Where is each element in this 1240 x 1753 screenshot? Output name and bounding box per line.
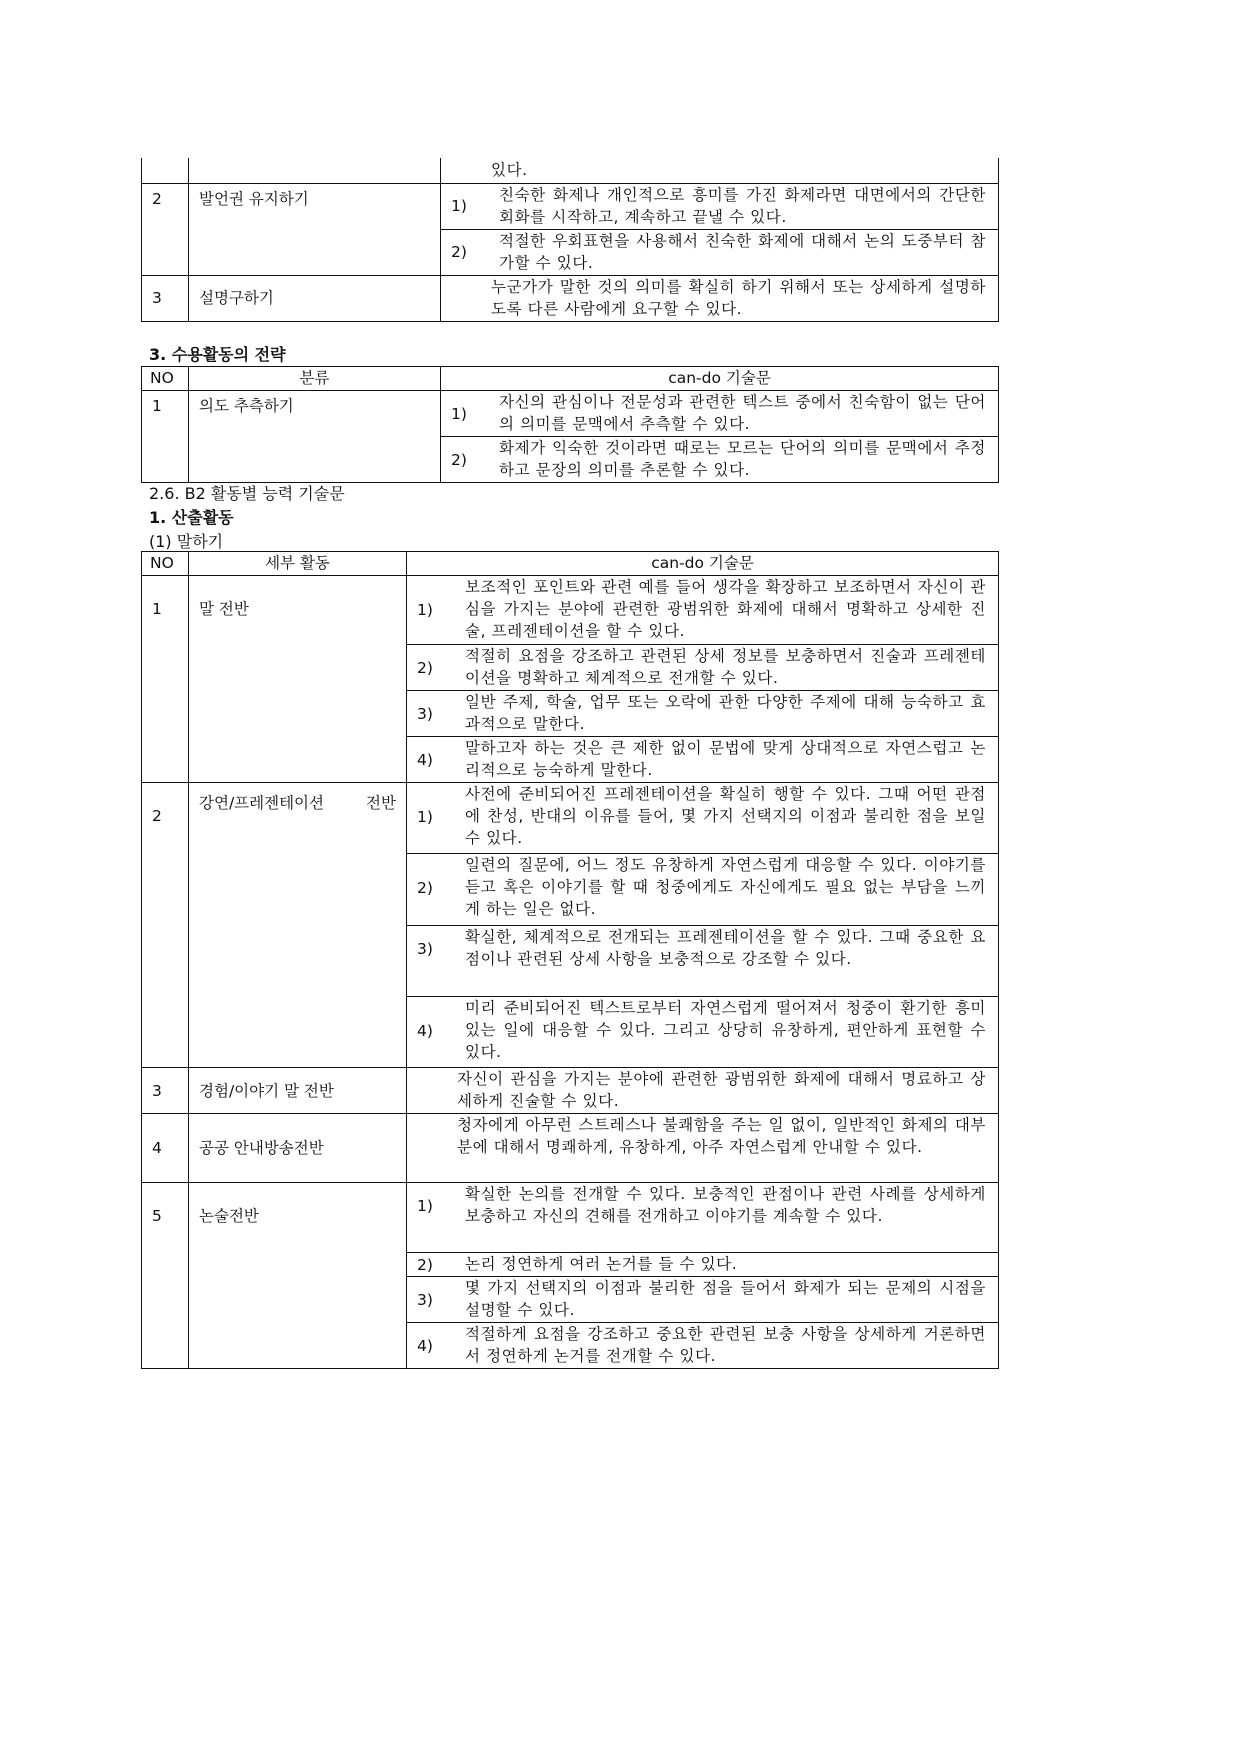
item-number: 4) — [407, 737, 453, 782]
item-text: 일련의 질문에, 어느 정도 유창하게 자연스럽게 대응할 수 있다. 이야기를… — [453, 854, 998, 921]
item-number: 4) — [407, 1323, 453, 1368]
item-number: 2) — [407, 1253, 453, 1276]
row-category — [189, 158, 441, 183]
item-number: 1) — [441, 391, 487, 436]
statement-cell: 1) 자신의 관심이나 전문성과 관련한 텍스트 중에서 친숙함이 없는 단어의… — [441, 391, 999, 437]
row-category: 설명구하기 — [189, 275, 441, 321]
statement-cell: 1) 친숙한 화제나 개인적으로 흥미를 가진 화제라면 대면에서의 간단한 회… — [441, 183, 999, 229]
row-category: 의도 추측하기 — [189, 391, 441, 483]
statement-item: 3) 일반 주제, 학술, 업무 또는 오락에 관한 다양한 주제에 대해 능숙… — [407, 691, 998, 736]
statement-item: 4) 말하고자 하는 것은 큰 제한 없이 문법에 맞게 상대적으로 자연스럽고… — [407, 737, 998, 782]
item-number: 3) — [407, 1277, 453, 1322]
item-text: 일반 주제, 학술, 업무 또는 오락에 관한 다양한 주제에 대해 능숙하고 … — [453, 691, 998, 736]
item-number: 1) — [407, 576, 453, 643]
item-text: 확실한 논의를 전개할 수 있다. 보충적인 관점이나 관련 사례를 상세하게 … — [453, 1183, 998, 1228]
statement-item: 3) 몇 가지 선택지의 이점과 불리한 점을 들어서 화제가 되는 문제의 시… — [407, 1277, 998, 1322]
statement-item: 1) 보조적인 포인트와 관련 예를 들어 생각을 확장하고 보조하면서 자신이… — [407, 576, 998, 643]
row-number: 4 — [142, 1114, 189, 1183]
header-cando: can-do 기술문 — [441, 367, 999, 391]
statement-cell: 2) 일련의 질문에, 어느 정도 유창하게 자연스럽게 대응할 수 있다. 이… — [407, 854, 999, 926]
statement-cell: 1) 보조적인 포인트와 관련 예를 들어 생각을 확장하고 보조하면서 자신이… — [407, 576, 999, 645]
statement-item: 3) 확실한, 체계적으로 전개되는 프레젠테이션을 할 수 있다. 그때 중요… — [407, 926, 998, 971]
row-category-text: 강연/프레젠테이션 전반 — [199, 794, 396, 812]
b2-speaking-table: NO 세부 활동 can-do 기술문 1 말 전반 1) 보조적인 포인트와 … — [141, 551, 999, 1369]
section-heading-reception: 3. 수용활동의 전략 — [149, 342, 286, 365]
statement-cell: 2) 적절한 우회표현을 사용해서 친숙한 화제에 대해서 논의 도중부터 참가… — [441, 229, 999, 275]
item-number: 1) — [407, 783, 453, 850]
row-number: 2 — [142, 183, 189, 275]
item-text: 사전에 준비되어진 프레젠테이션을 확실히 행할 수 있다. 그때 어떤 관점에… — [453, 783, 998, 850]
item-text: 미리 준비되어진 텍스트로부터 자연스럽게 떨어져서 청중이 환기한 흥미 있는… — [453, 997, 998, 1064]
table-header-row: NO 분류 can-do 기술문 — [142, 367, 999, 391]
statement-cell: 1) 사전에 준비되어진 프레젠테이션을 확실히 행할 수 있다. 그때 어떤 … — [407, 783, 999, 854]
statement-cell: 4) 미리 준비되어진 텍스트로부터 자연스럽게 떨어져서 청중이 환기한 흥미… — [407, 997, 999, 1068]
row-number: 5 — [142, 1183, 189, 1369]
table-header-row: NO 세부 활동 can-do 기술문 — [142, 552, 999, 576]
statement-item: 1) 자신의 관심이나 전문성과 관련한 텍스트 중에서 친숙함이 없는 단어의… — [441, 391, 998, 436]
statement-cell: 3) 일반 주제, 학술, 업무 또는 오락에 관한 다양한 주제에 대해 능숙… — [407, 691, 999, 737]
item-number: 2) — [407, 854, 453, 921]
statement-cell: 1) 확실한 논의를 전개할 수 있다. 보충적인 관점이나 관련 사례를 상세… — [407, 1183, 999, 1253]
statement-cell: 4) 말하고자 하는 것은 큰 제한 없이 문법에 맞게 상대적으로 자연스럽고… — [407, 737, 999, 783]
item-text: 적절한 우회표현을 사용해서 친숙한 화제에 대해서 논의 도중부터 참가할 수… — [487, 230, 998, 275]
document-page: 있다. 2 발언권 유지하기 1) 친숙한 화제나 개인적으로 흥미를 가진 화… — [0, 0, 1240, 1753]
table-row: 2 발언권 유지하기 1) 친숙한 화제나 개인적으로 흥미를 가진 화제라면 … — [142, 183, 999, 229]
statement-item: 1) 친숙한 화제나 개인적으로 흥미를 가진 화제라면 대면에서의 간단한 회… — [441, 184, 998, 229]
statement-cell: 2) 적절히 요점을 강조하고 관련된 상세 정보를 보충하면서 진술과 프레젠… — [407, 645, 999, 691]
item-number: 3) — [407, 691, 453, 736]
item-number: 3) — [407, 926, 453, 971]
header-category: 세부 활동 — [189, 552, 407, 576]
header-no: NO — [142, 367, 189, 391]
table-row: 1 의도 추측하기 1) 자신의 관심이나 전문성과 관련한 텍스트 중에서 친… — [142, 391, 999, 437]
item-number: 4) — [407, 997, 453, 1064]
row-number: 3 — [142, 275, 189, 321]
item-text: 보조적인 포인트와 관련 예를 들어 생각을 확장하고 보조하면서 자신이 관심… — [453, 576, 998, 643]
row-category: 발언권 유지하기 — [189, 183, 441, 275]
item-number: 2) — [441, 230, 487, 275]
item-text: 논리 정연하게 여러 논거를 들 수 있다. — [453, 1253, 998, 1276]
item-text: 자신의 관심이나 전문성과 관련한 텍스트 중에서 친숙함이 없는 단어의 의미… — [487, 391, 998, 436]
row-category: 말 전반 — [189, 576, 407, 783]
row-statement: 청자에게 아무런 스트레스나 불쾌함을 주는 일 없이, 일반적인 화제의 대부… — [407, 1114, 999, 1183]
header-cando: can-do 기술문 — [407, 552, 999, 576]
row-statement: 누군가가 말한 것의 의미를 확실히 하기 위해서 또는 상세하게 설명하도록 … — [441, 275, 999, 321]
statement-item: 2) 논리 정연하게 여러 논거를 들 수 있다. — [407, 1253, 998, 1276]
statement-cell: 3) 몇 가지 선택지의 이점과 불리한 점을 들어서 화제가 되는 문제의 시… — [407, 1277, 999, 1323]
row-number: 3 — [142, 1068, 189, 1114]
section-heading-production: 1. 산출활동 — [149, 505, 234, 528]
table-row: 2 강연/프레젠테이션 전반 1) 사전에 준비되어진 프레젠테이션을 확실히 … — [142, 783, 999, 854]
statement-cell: 3) 확실한, 체계적으로 전개되는 프레젠테이션을 할 수 있다. 그때 중요… — [407, 926, 999, 997]
row-category: 공공 안내방송전반 — [189, 1114, 407, 1183]
item-text: 말하고자 하는 것은 큰 제한 없이 문법에 맞게 상대적으로 자연스럽고 논리… — [453, 737, 998, 782]
item-text: 적절하게 요점을 강조하고 중요한 관련된 보충 사항을 상세하게 거론하면서 … — [453, 1323, 998, 1368]
statement-item: 1) 사전에 준비되어진 프레젠테이션을 확실히 행할 수 있다. 그때 어떤 … — [407, 783, 998, 850]
section-heading-speaking: (1) 말하기 — [149, 529, 223, 552]
statement-item: 1) 확실한 논의를 전개할 수 있다. 보충적인 관점이나 관련 사례를 상세… — [407, 1183, 998, 1228]
statement-item: 2) 화제가 익숙한 것이라면 때로는 모르는 단어의 의미를 문맥에서 추정하… — [441, 437, 998, 482]
row-statement: 있다. — [441, 158, 999, 183]
table-row: 1 말 전반 1) 보조적인 포인트와 관련 예를 들어 생각을 확장하고 보조… — [142, 576, 999, 645]
table-row: 4 공공 안내방송전반 청자에게 아무런 스트레스나 불쾌함을 주는 일 없이,… — [142, 1114, 999, 1183]
statement-cell: 2) 화제가 익숙한 것이라면 때로는 모르는 단어의 의미를 문맥에서 추정하… — [441, 437, 999, 483]
item-text: 적절히 요점을 강조하고 관련된 상세 정보를 보충하면서 진술과 프레젠테이션… — [453, 645, 998, 690]
item-number: 2) — [441, 437, 487, 482]
statement-item: 2) 적절히 요점을 강조하고 관련된 상세 정보를 보충하면서 진술과 프레젠… — [407, 645, 998, 690]
item-text: 친숙한 화제나 개인적으로 흥미를 가진 화제라면 대면에서의 간단한 회화를 … — [487, 184, 998, 229]
table-row: 5 논술전반 1) 확실한 논의를 전개할 수 있다. 보충적인 관점이나 관련… — [142, 1183, 999, 1253]
row-number: 1 — [142, 391, 189, 483]
table-row: 3 설명구하기 누군가가 말한 것의 의미를 확실히 하기 위해서 또는 상세하… — [142, 275, 999, 321]
row-category: 강연/프레젠테이션 전반 — [189, 783, 407, 1068]
item-text: 화제가 익숙한 것이라면 때로는 모르는 단어의 의미를 문맥에서 추정하고 문… — [487, 437, 998, 482]
strategy-table-continued: 있다. 2 발언권 유지하기 1) 친숙한 화제나 개인적으로 흥미를 가진 화… — [141, 158, 999, 322]
header-no: NO — [142, 552, 189, 576]
row-number: 2 — [142, 783, 189, 1068]
statement-cell: 4) 적절하게 요점을 강조하고 중요한 관련된 보충 사항을 상세하게 거론하… — [407, 1323, 999, 1369]
header-category: 분류 — [189, 367, 441, 391]
item-number: 2) — [407, 645, 453, 690]
statement-item: 4) 적절하게 요점을 강조하고 중요한 관련된 보충 사항을 상세하게 거론하… — [407, 1323, 998, 1368]
row-number — [142, 158, 189, 183]
section-heading-b2: 2.6. B2 활동별 능력 기술문 — [149, 481, 345, 504]
reception-strategy-table: NO 분류 can-do 기술문 1 의도 추측하기 1) 자신의 관심이나 전… — [141, 366, 999, 483]
row-category: 경험/이야기 말 전반 — [189, 1068, 407, 1114]
table-row: 있다. — [142, 158, 999, 183]
statement-item: 4) 미리 준비되어진 텍스트로부터 자연스럽게 떨어져서 청중이 환기한 흥미… — [407, 997, 998, 1064]
row-statement: 자신이 관심을 가지는 분야에 관련한 광범위한 화제에 대해서 명료하고 상세… — [407, 1068, 999, 1114]
statement-item: 2) 적절한 우회표현을 사용해서 친숙한 화제에 대해서 논의 도중부터 참가… — [441, 230, 998, 275]
statement-item: 2) 일련의 질문에, 어느 정도 유창하게 자연스럽게 대응할 수 있다. 이… — [407, 854, 998, 921]
statement-cell: 2) 논리 정연하게 여러 논거를 들 수 있다. — [407, 1253, 999, 1277]
item-text: 확실한, 체계적으로 전개되는 프레젠테이션을 할 수 있다. 그때 중요한 요… — [453, 926, 998, 971]
item-text: 몇 가지 선택지의 이점과 불리한 점을 들어서 화제가 되는 문제의 시점을 … — [453, 1277, 998, 1322]
row-number: 1 — [142, 576, 189, 783]
table-row: 3 경험/이야기 말 전반 자신이 관심을 가지는 분야에 관련한 광범위한 화… — [142, 1068, 999, 1114]
item-number: 1) — [407, 1183, 453, 1228]
row-category: 논술전반 — [189, 1183, 407, 1369]
item-number: 1) — [441, 184, 487, 229]
